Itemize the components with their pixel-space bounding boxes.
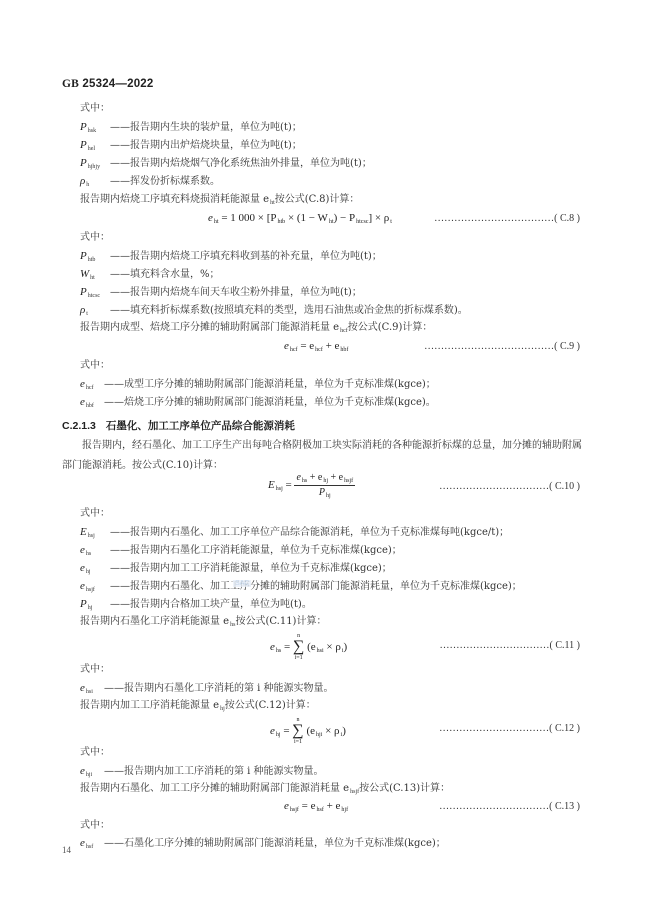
section-heading: C.2.1.3石墨化、加工工序单位产品综合能源消耗 xyxy=(62,418,295,433)
definition-row: ehj——报告期内加工工序消耗能源量，单位为千克标准煤(kgce)； xyxy=(80,561,392,579)
formula-intro: 报告期内焙烧工序填充料烧损消耗能源量 eht按公式(C.8)计算： xyxy=(80,193,359,210)
formula-intro: 报告期内成型、焙烧工序分摊的辅助附属部门能源消耗量 ehcf按公式(C.9)计算… xyxy=(80,321,432,338)
section-paragraph: 报告期内，经石墨化、加工工序生产出每吨合格阴极加工块实际消耗的各种能源折标煤的总… xyxy=(62,436,582,476)
definition-row: Wht——填充料含水量，%； xyxy=(80,267,220,285)
definition-row: Ehsj——报告期内石墨化、加工工序单位产品综合能源消耗，单位为千克标准煤每吨(… xyxy=(80,525,509,543)
definition-row: Phjhjy——报告期内焙烧烟气净化系统焦油外排量，单位为吨(t)； xyxy=(80,156,372,174)
formula-intro: 报告期内石墨化、加工工序分摊的辅助附属部门能源消耗量 ehsjf按公式(C.13… xyxy=(80,782,450,799)
definition-row: Phsk——报告期内生块的装炉量，单位为吨(t)； xyxy=(80,120,302,138)
formula-c12: ehj = n∑i=1 (ehji × ρi) xyxy=(270,716,346,746)
equation-number: ……………………………( C.12 ) xyxy=(439,723,580,734)
equation-number: ………………………………( C.8 ) xyxy=(434,213,580,224)
where-label: 式中： xyxy=(80,231,110,245)
page-number: 14 xyxy=(62,845,71,855)
standard-prefix: GB xyxy=(62,78,79,90)
where-label: 式中： xyxy=(80,746,110,760)
equation-number: …………………………………( C.9 ) xyxy=(424,341,580,352)
formula-intro: 报告期内石墨化工序消耗能源量 ehs按公式(C.11)计算： xyxy=(80,615,326,632)
where-label: 式中： xyxy=(80,663,110,677)
formula-c11: ehs = n∑i=1 (ehsi × ρi) xyxy=(270,632,347,662)
definition-row: ρt——填充料折标煤系数(按照填充料的类型，选用石油焦或冶金焦的折标煤系数)。 xyxy=(80,303,468,321)
formula-c9: ehcf = ehcf + ehbf xyxy=(284,340,348,353)
definition-row: Phtcsc——报告期内焙烧车间天车收尘粉外排量，单位为吨(t)； xyxy=(80,285,362,303)
definition-row: ehsf——石墨化工序分摊的辅助附属部门能源消耗量，单位为千克标准煤(kgce)… xyxy=(80,836,446,854)
definition-row: Phel——报告期内出炉焙烧块量，单位为吨(t)； xyxy=(80,138,302,156)
sac-watermark: SAC xyxy=(233,580,251,587)
standard-header: GB 25324—2022 xyxy=(62,78,153,90)
formula-c8: eht = 1 000 × [Phtb × (1 − Wht) − Phtcsc… xyxy=(208,212,392,225)
equation-number: ……………………………( C.11 ) xyxy=(440,640,580,651)
definition-row: ρh——挥发份折标煤系数。 xyxy=(80,174,220,192)
formula-c13: ehsjf = ehsf + ehjf xyxy=(284,800,348,813)
where-label: 式中： xyxy=(80,359,110,373)
where-label: 式中： xyxy=(80,102,110,116)
where-label: 式中： xyxy=(80,819,110,833)
definition-row: ehji——报告期内加工工序消耗的第 i 种能源实物量。 xyxy=(80,764,324,782)
definition-row: ehsjf——报告期内石墨化、加工工序分摊的辅助附属部门能源消耗量，单位为千克标… xyxy=(80,579,522,597)
standard-number: 25324—2022 xyxy=(82,78,153,90)
definition-row: ehs——报告期内石墨化工序消耗能源量，单位为千克标准煤(kgce)； xyxy=(80,543,402,561)
definition-row: Phtb——报告期内焙烧工序填充料收到基的补充量，单位为吨(t)； xyxy=(80,249,382,267)
definition-row: ehsi——报告期内石墨化工序消耗的第 i 种能源实物量。 xyxy=(80,681,334,699)
equation-number: ……………………………( C.10 ) xyxy=(439,481,580,492)
formula-intro: 报告期内加工工序消耗能源量 ehj按公式(C.12)计算： xyxy=(80,699,316,716)
equation-number: ……………………………( C.13 ) xyxy=(439,801,580,812)
formula-c10: Ehsj = ehs + ehj + ehsjf Phj xyxy=(268,472,355,499)
definition-row: ehcf——成型工序分摊的辅助附属部门能源消耗量，单位为千克标准煤(kgce)； xyxy=(80,377,436,395)
definition-row: Phj——报告期内合格加工块产量，单位为吨(t)。 xyxy=(80,597,312,615)
definition-row: ehbf——焙烧工序分摊的辅助附属部门能源消耗量，单位为千克标准煤(kgce)。 xyxy=(80,395,436,413)
document-page: GB 25324—2022 式中： Phsk——报告期内生块的装炉量，单位为吨(… xyxy=(0,0,650,919)
where-label: 式中： xyxy=(80,507,110,521)
